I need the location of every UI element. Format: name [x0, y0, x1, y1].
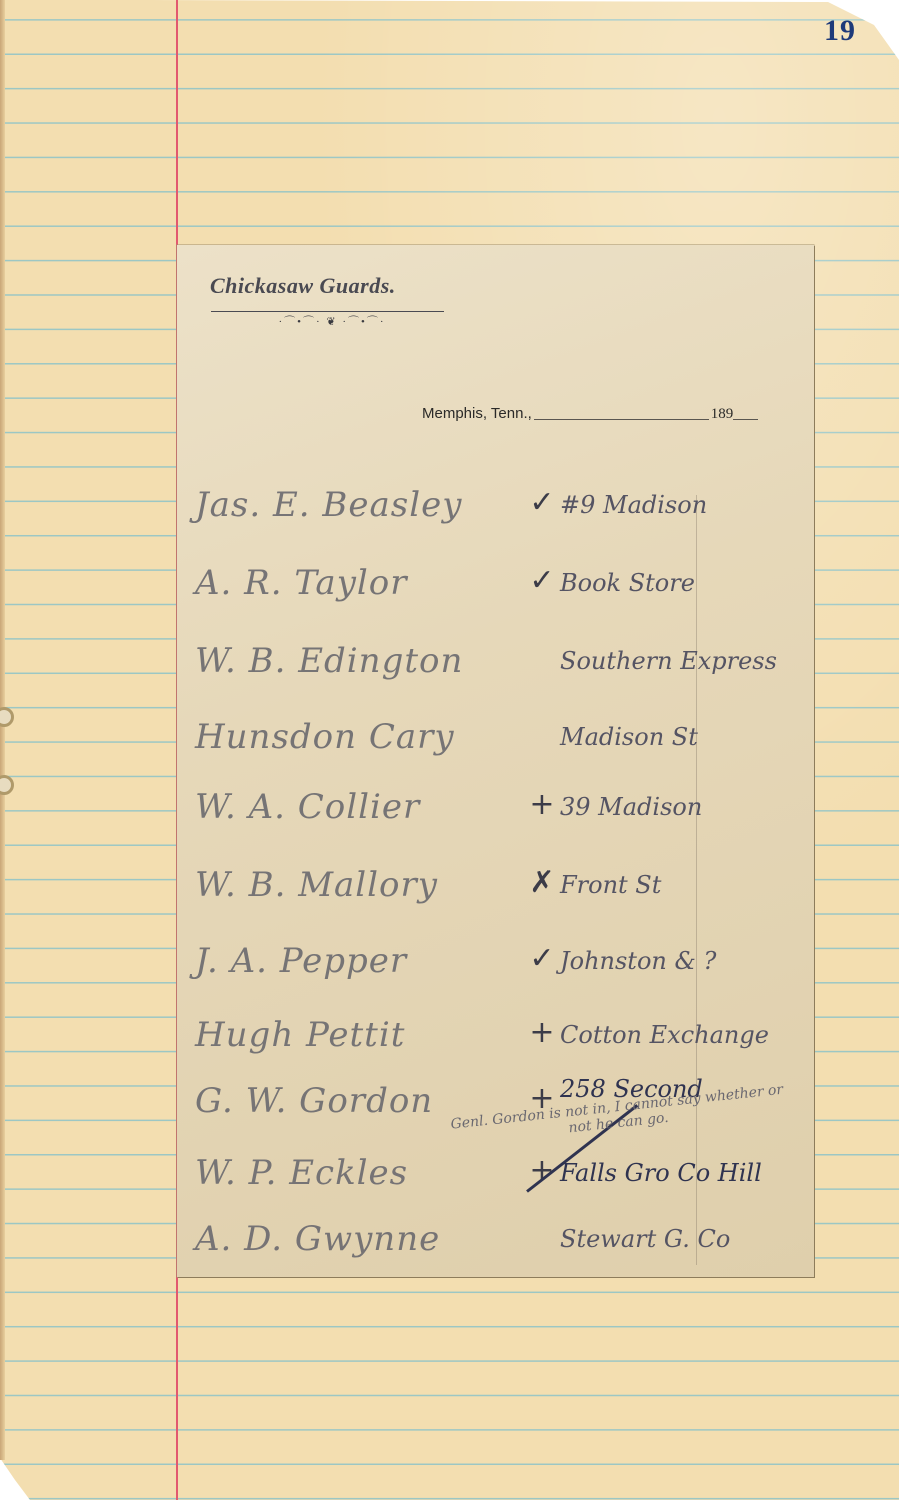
member-address: Falls Gro Co Hill	[560, 1159, 810, 1187]
pasted-letterhead-card: Chickasaw Guards. ·⌒•⌒· ❦ ·⌒•⌒· Memphis,…	[177, 245, 814, 1277]
member-address: Stewart G. Co	[560, 1225, 810, 1253]
ornament-flourish-icon: ·⌒•⌒· ❦ ·⌒•⌒·	[252, 313, 412, 327]
date-blank	[534, 418, 709, 420]
letterhead-title: Chickasaw Guards.	[210, 273, 450, 299]
roster-entry: A. D. Gwynne Stewart G. Co	[195, 1211, 805, 1271]
member-name: W. P. Eckles	[195, 1153, 525, 1193]
member-address: Madison St	[560, 723, 810, 751]
member-name: Jas. E. Beasley	[195, 485, 525, 525]
member-name: A. D. Gwynne	[195, 1219, 525, 1259]
member-name: W. B. Mallory	[195, 865, 525, 905]
roster-entry: A. R. Taylor ✓ Book Store	[195, 555, 805, 615]
roster-entry: W. B. Edington Southern Express	[195, 633, 805, 693]
member-address: 39 Madison	[560, 793, 810, 821]
member-address: Cotton Exchange	[560, 1021, 810, 1049]
roster-entry: Hugh Pettit + Cotton Exchange	[195, 1007, 805, 1067]
check-mark-icon: ✓	[527, 941, 557, 976]
roster-entry: W. B. Mallory ✗ Front St	[195, 857, 805, 917]
dateline-year: 189	[711, 406, 734, 422]
member-name: W. A. Collier	[195, 787, 525, 827]
roster-entry: W. P. Eckles + Falls Gro Co Hill	[195, 1145, 805, 1205]
plus-mark-icon: +	[527, 1015, 557, 1050]
check-mark-icon: ✓	[527, 563, 557, 598]
dateline-place: Memphis, Tenn.,	[422, 405, 532, 422]
roster-entry: W. A. Collier + 39 Madison	[195, 779, 805, 839]
member-address: Southern Express	[560, 647, 810, 675]
page-number: 19	[824, 14, 872, 48]
member-name: Hugh Pettit	[195, 1015, 525, 1055]
roster-entry: Hunsdon Cary Madison St	[195, 709, 805, 769]
member-name: J. A. Pepper	[195, 941, 525, 981]
plus-mark-icon: +	[527, 787, 557, 822]
x-mark-icon: ✗	[527, 865, 557, 900]
member-address: Front St	[560, 871, 810, 899]
ledger-binding-edge	[0, 0, 5, 1460]
dateline: Memphis, Tenn.,189	[422, 405, 758, 423]
year-blank	[733, 418, 758, 420]
member-address: Book Store	[560, 569, 810, 597]
letterhead-rule	[211, 311, 444, 312]
check-mark-icon: ✓	[527, 485, 557, 520]
roster-entry: Jas. E. Beasley ✓ #9 Madison	[195, 477, 805, 537]
member-name: A. R. Taylor	[195, 563, 525, 603]
member-name: W. B. Edington	[195, 641, 525, 681]
member-name: Hunsdon Cary	[195, 717, 525, 757]
member-address: #9 Madison	[560, 491, 810, 519]
roster-entry: J. A. Pepper ✓ Johnston & ?	[195, 933, 805, 993]
member-address: Johnston & ?	[560, 947, 810, 975]
